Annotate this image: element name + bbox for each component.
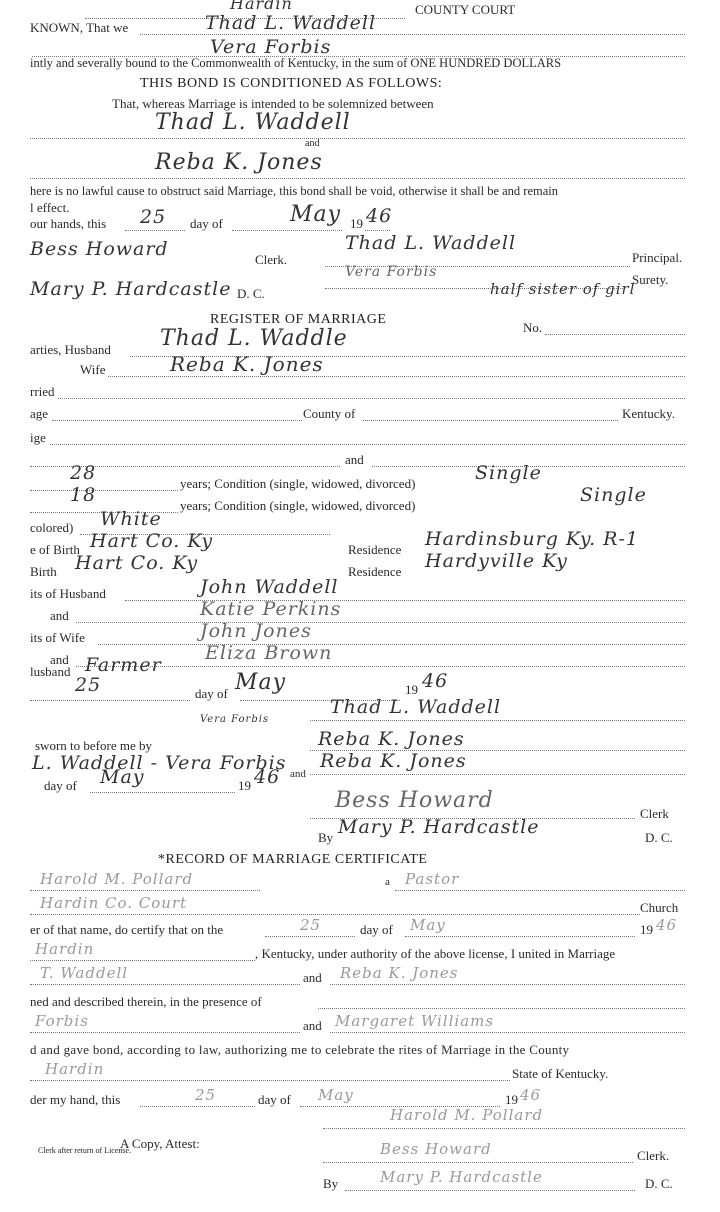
married-line — [58, 398, 685, 399]
reg-year: 46 — [422, 670, 448, 692]
bride-line — [30, 178, 685, 179]
attest-by-label: By — [323, 1176, 338, 1192]
cert-bride-line — [330, 984, 685, 985]
attest-dc-label: D. C. — [645, 1176, 673, 1192]
husband-age-line — [30, 490, 178, 491]
cert-year-prefix: 19 — [640, 922, 653, 938]
cert-day: 25 — [300, 916, 321, 934]
title-line — [395, 890, 685, 891]
certificate-heading: *RECORD OF MARRIAGE CERTIFICATE — [158, 852, 427, 868]
husband-label: arties, Husband — [30, 342, 111, 358]
attest-clerk-sig: Bess Howard — [380, 1140, 492, 1158]
mother-h-line — [76, 622, 685, 623]
witness-x-sig: Vera Forbis — [200, 714, 269, 725]
void-text: here is no lawful cause to obstruct said… — [30, 184, 558, 199]
wife-condition: Single — [580, 484, 647, 506]
kentucky-label: Kentucky. — [622, 406, 675, 422]
sig-wife-x: Reba K. Jones — [318, 728, 465, 750]
hand-month: May — [318, 1086, 354, 1104]
sworn-year-prefix: 19 — [238, 778, 251, 794]
cert-groom: T. Waddell — [40, 964, 128, 982]
married-label: rried — [30, 384, 55, 400]
husband-age: 28 — [70, 462, 96, 484]
cert-day-line — [265, 936, 355, 937]
principal-label: Principal. — [632, 250, 682, 266]
sworn-month-line — [90, 792, 235, 793]
hand-label: der my hand, this — [30, 1092, 120, 1108]
hands-label: our hands, this — [30, 216, 106, 232]
reg-day-line — [30, 700, 190, 701]
no-line — [545, 334, 685, 335]
witness2: Margaret Williams — [335, 1012, 494, 1030]
father-h-written: John Waddell — [200, 576, 339, 598]
dc-signature: Mary P. Hardcastle — [30, 278, 231, 300]
reg-day: 25 — [75, 674, 101, 696]
effect-text: l effect. — [30, 200, 69, 216]
title-written: Pastor — [405, 870, 459, 888]
certify-label: er of that name, do certify that on the — [30, 922, 223, 938]
cert-a-label: a — [385, 876, 390, 888]
sworn-day-of: day of — [44, 778, 77, 794]
residence-w-label: Residence — [348, 564, 401, 580]
church-line — [30, 914, 640, 915]
clerk-label: Clerk. — [255, 252, 287, 268]
and-label: and — [305, 138, 319, 149]
church-written: Hardin Co. Court — [40, 894, 187, 912]
cert-day-of: day of — [360, 922, 393, 938]
principal-signature: Thad L. Waddell — [345, 232, 516, 254]
wife-age: 18 — [70, 484, 96, 506]
principal-written: Thad L. Waddell — [205, 12, 376, 34]
bound-text: intly and severally bound to the Commonw… — [30, 56, 561, 71]
minister-sig: Harold M. Pollard — [390, 1106, 543, 1124]
conditioned-heading: THIS BOND IS CONDITIONED AS FOLLOWS: — [140, 76, 442, 92]
attest-label: A Copy, Attest: — [120, 1136, 200, 1152]
county-of-label: County of — [303, 406, 355, 422]
day-of-label: day of — [190, 216, 223, 232]
age-label: age — [30, 406, 48, 422]
race-written: White — [100, 508, 162, 530]
cert-bride: Reba K. Jones — [340, 964, 459, 982]
witness1: Forbis — [35, 1012, 89, 1030]
reg-clerk-label: Clerk — [640, 806, 669, 822]
clerk-note: Clerk after return of License. — [38, 1146, 131, 1155]
attest-dc-line — [345, 1190, 635, 1191]
hand-day-line — [140, 1106, 255, 1107]
month-line — [232, 230, 342, 231]
cert-year: 46 — [656, 916, 677, 934]
birth-w-label: Birth — [30, 564, 57, 580]
year-prefix: 19 — [350, 216, 363, 232]
surety-signature: Vera Forbis — [345, 264, 437, 280]
attest-clerk-label: Clerk. — [637, 1148, 669, 1164]
register-and: and — [345, 452, 364, 468]
hand-day: 25 — [195, 1086, 216, 1104]
surety-written: Vera Forbis — [210, 36, 331, 58]
sworn-month: May — [100, 766, 145, 788]
wife-label: Wife — [80, 362, 105, 378]
reg-month: May — [235, 670, 286, 695]
minister-line — [30, 890, 260, 891]
church-label: Church — [640, 900, 678, 916]
cert-month: May — [410, 916, 446, 934]
residence-w-written: Hardyville Ky — [425, 550, 568, 572]
sworn-and: and — [290, 768, 306, 780]
colored-label: colored) — [30, 520, 73, 536]
cert-and-1: and — [303, 970, 322, 986]
reg-dc-label: D. C. — [645, 830, 673, 846]
cert-and-2: and — [303, 1018, 322, 1034]
minister-written: Harold M. Pollard — [40, 870, 193, 888]
cert-groom-line — [30, 984, 300, 985]
sworn-year: 46 — [254, 766, 280, 788]
husband-written: Thad L. Waddle — [160, 326, 348, 351]
witness1-line — [30, 1032, 300, 1033]
residence-h-label: Residence — [348, 542, 401, 558]
mother-w-line — [76, 666, 685, 667]
no-label: No. — [523, 320, 542, 336]
reg-day-of: day of — [195, 686, 228, 702]
sworn-names: L. Waddell - Vera Forbis — [32, 752, 286, 774]
cert-place-line — [30, 960, 255, 961]
reg-clerk-sig: Bess Howard — [335, 788, 494, 813]
bond-day: 25 — [140, 206, 166, 228]
residence-h-written: Hardinsburg Ky. R-1 — [425, 528, 639, 550]
husband-condition: Single — [475, 462, 542, 484]
surety-note: half sister of girl — [490, 280, 635, 298]
bond-month: May — [290, 202, 341, 227]
groom-line — [30, 138, 685, 139]
attest-clerk-line — [323, 1162, 633, 1163]
cert-kentucky-text: , Kentucky, under authority of the above… — [255, 946, 615, 962]
sig-wife: Reba K. Jones — [320, 750, 467, 772]
clerk-signature: Bess Howard — [30, 238, 169, 260]
cert-county: Hardin — [45, 1060, 104, 1078]
cert-bond-text: d and gave bond, according to law, autho… — [30, 1042, 569, 1058]
and-mother-h: and — [50, 608, 69, 624]
hand-day-of: day of — [258, 1092, 291, 1108]
parents-wife-label: its of Wife — [30, 630, 85, 646]
groom-written: Thad L. Waddell — [155, 110, 351, 135]
age-line — [52, 420, 302, 421]
bride-written: Reba K. Jones — [155, 150, 323, 175]
cert-month-line — [405, 936, 635, 937]
father-w-written: John Jones — [200, 620, 312, 642]
attest-dc-sig: Mary P. Hardcastle — [380, 1168, 543, 1186]
sig-husband-line — [310, 720, 685, 721]
cert-county-line — [30, 1080, 510, 1081]
parents-husband-label: its of Husband — [30, 586, 106, 602]
sig-husband: Thad L. Waddell — [330, 696, 501, 718]
dc-label: D. C. — [237, 286, 265, 302]
birth-w-written: Hart Co. Ky — [75, 552, 198, 574]
presence-label: ned and described therein, in the presen… — [30, 994, 262, 1010]
witness2-line — [330, 1032, 685, 1033]
birth-h-label: e of Birth — [30, 542, 80, 558]
mother-w-written: Eliza Brown — [205, 642, 332, 664]
presence-line — [318, 1008, 685, 1009]
county-court-label: COUNTY COURT — [415, 2, 515, 18]
sig-wife-line — [310, 774, 685, 775]
hand-year: 46 — [520, 1086, 541, 1104]
county-of-line — [363, 420, 618, 421]
surety-label: Surety. — [632, 272, 668, 288]
state-label: State of Kentucky. — [512, 1066, 608, 1082]
age2-label: ige — [30, 430, 46, 446]
years-condition-2: years; Condition (single, widowed, divor… — [180, 498, 415, 514]
wife-line — [108, 376, 685, 377]
cert-place: Hardin — [35, 940, 94, 958]
mother-h-written: Katie Perkins — [200, 598, 341, 620]
birth-h-written: Hart Co. Ky — [90, 530, 213, 552]
wife-written: Reba K. Jones — [170, 352, 324, 376]
minister-sig-line — [323, 1128, 685, 1129]
reg-dc-sig: Mary P. Hardcastle — [338, 816, 539, 838]
day-line — [125, 230, 185, 231]
reg-by-label: By — [318, 830, 333, 846]
occupation-label: lusband — [30, 664, 70, 680]
known-label: KNOWN, That we — [30, 20, 128, 36]
years-condition-1: years; Condition (single, widowed, divor… — [180, 476, 415, 492]
father-w-line — [98, 644, 685, 645]
occupation-written: Farmer — [85, 654, 162, 676]
age2-line — [50, 444, 685, 445]
bond-year: 46 — [366, 205, 392, 227]
year-line — [365, 230, 390, 231]
principal-line — [140, 34, 685, 35]
